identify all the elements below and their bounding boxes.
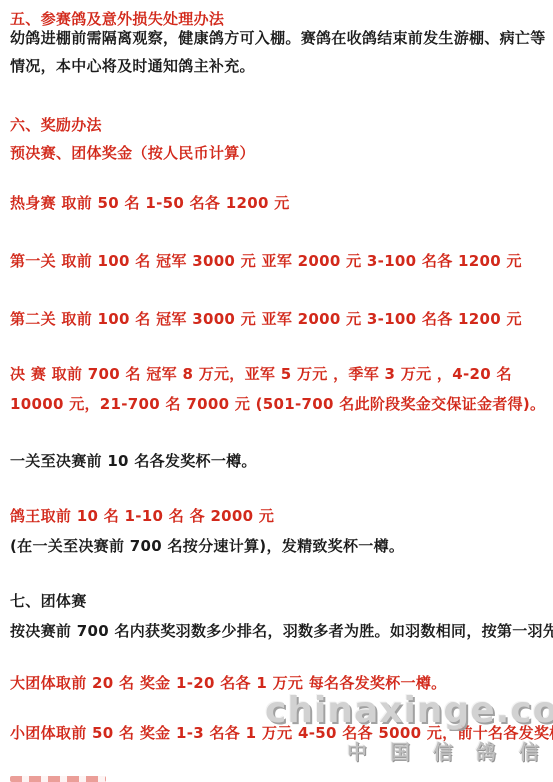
race1-prize-line: 第一关 取前 100 名 冠军 3000 元 亚军 2000 元 3-100 名…	[10, 247, 522, 275]
trophy-note: 一关至决赛前 10 名各发奖杯一樽。	[10, 447, 257, 475]
watermark-site-logo: chinaxinge.com	[265, 690, 553, 731]
final-prize-line: 决 赛 取前 700 名 冠军 8 万元，亚军 5 万元 ，季军 3 万元 ，4…	[10, 359, 546, 419]
pigeon-king-note: (在一关至决赛前 700 名按分速计算)，发精致奖杯一樽。	[10, 532, 404, 560]
team-rule-body: 按决赛前 700 名内获奖羽数多少排名，羽数多者为胜。如羽数相同，按第一羽先者为…	[10, 617, 553, 645]
warmup-prize-line: 热身赛 取前 50 名 1-50 名各 1200 元	[10, 189, 290, 217]
watermark-site-name-cn: 中 国 信 鸽 信 息 网	[347, 736, 553, 765]
prize-subheading: 预决赛、团体奖金（按人民币计算）	[10, 139, 546, 167]
section-6-heading: 六、奖励办法	[10, 111, 546, 139]
section-5-body: 幼鸽进棚前需隔离观察，健康鸽方可入棚。赛鸽在收鸽结束前发生游棚、病亡等情况，本中…	[10, 24, 546, 80]
section-7-heading: 七、团体赛	[10, 587, 546, 615]
rules-document-page: 五、参赛鸽及意外损失处理办法 幼鸽进棚前需隔离观察，健康鸽方可入棚。赛鸽在收鸽结…	[0, 0, 553, 782]
clipped-bottom-text-fragment	[10, 776, 106, 782]
pigeon-king-prize-line: 鸽王取前 10 名 1-10 名 各 2000 元	[10, 502, 274, 530]
race2-prize-line: 第二关 取前 100 名 冠军 3000 元 亚军 2000 元 3-100 名…	[10, 305, 522, 333]
